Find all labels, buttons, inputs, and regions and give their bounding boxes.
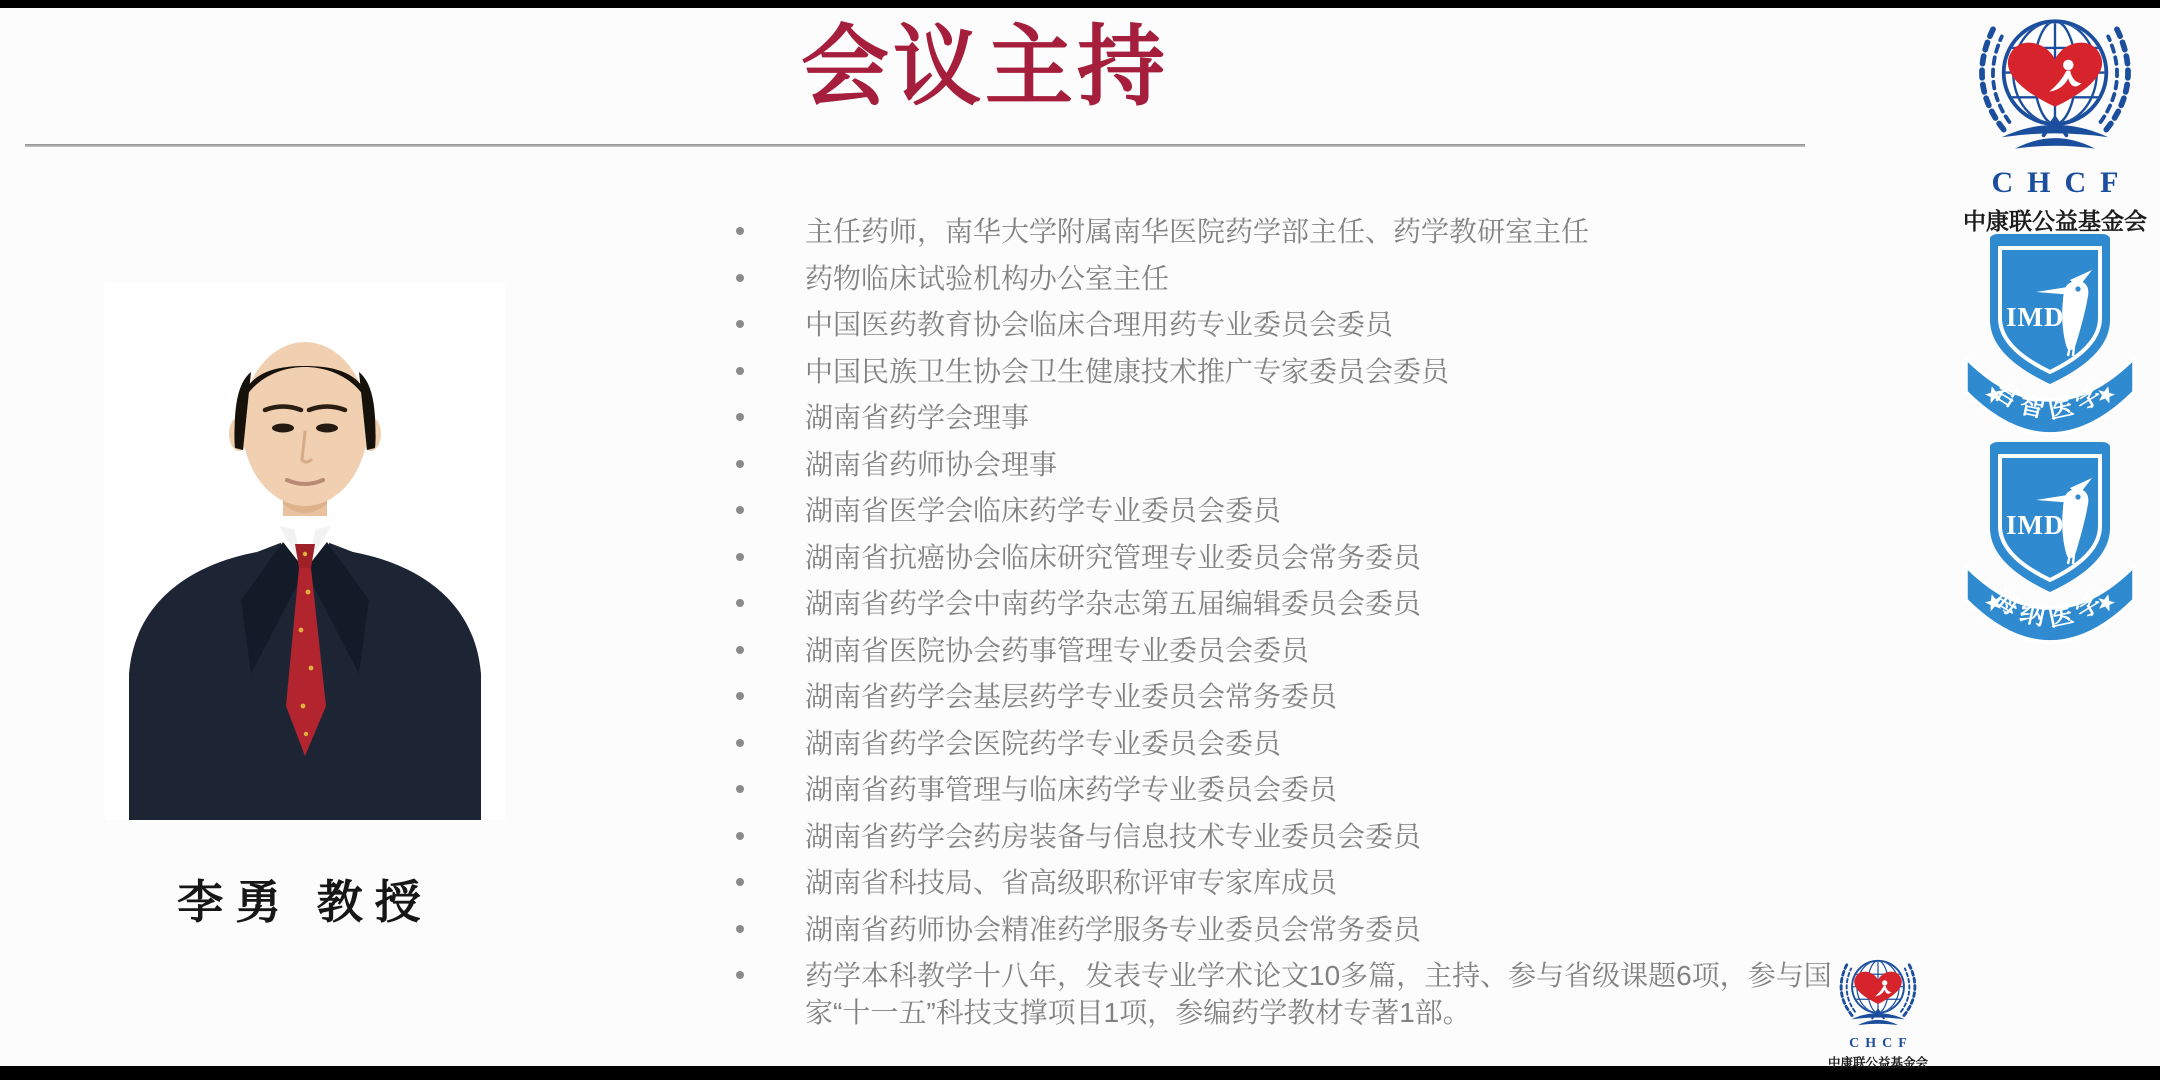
chcf-acronym: CHCF xyxy=(1826,1036,1930,1052)
chcf-globe-heart-icon xyxy=(1960,8,2150,160)
list-item-text: 湖南省药学会医院药学专业委员会委员 xyxy=(805,728,1281,759)
list-item-text: 中国医药教育协会临床合理用药专业委员会委员 xyxy=(805,309,1393,340)
list-item-text: 中国民族卫生协会卫生健康技术推广专家委员会委员 xyxy=(805,356,1449,387)
list-item: 中国医药教育协会临床合理用药专业委员会委员 xyxy=(735,306,1875,343)
list-item-text: 湖南省医学会临床药学专业委员会委员 xyxy=(805,495,1281,526)
list-item-text: 药物临床试验机构办公室主任 xyxy=(805,263,1169,294)
chcf-globe-heart-icon xyxy=(1830,954,1926,1031)
list-item: 湖南省药师协会精准药学服务专业委员会常务委员 xyxy=(735,911,1875,948)
bullet-dot xyxy=(736,739,744,747)
chcf-foundation-logo-small: CHCF 中康联公益基金会 xyxy=(1826,954,1930,1071)
shield-crest-icon: IMD 海纳医学 xyxy=(1962,440,2138,646)
credentials-list: 主任药师，南华大学附属南华医院药学部主任、药学教研室主任 药物临床试验机构办公室… xyxy=(735,213,1875,1041)
bullet-dot xyxy=(736,599,744,607)
list-item: 药学本科教学十八年，发表专业学术论文10多篇，主持、参与省级课题6项，参与国家“… xyxy=(735,957,1875,1031)
bullet-dot xyxy=(736,506,744,514)
page-title: 会议主持 xyxy=(0,16,1970,117)
list-item-text: 湖南省药学会中南药学杂志第五届编辑委员会委员 xyxy=(805,588,1421,619)
bullet-dot xyxy=(736,320,744,328)
list-item: 药物临床试验机构办公室主任 xyxy=(735,260,1875,297)
list-item: 湖南省医院协会药事管理专业委员会委员 xyxy=(735,632,1875,669)
list-item-text: 湖南省药学会药房装备与信息技术专业委员会委员 xyxy=(805,821,1421,852)
bullet-dot xyxy=(736,832,744,840)
bullet-dot xyxy=(736,413,744,421)
list-item-text: 湖南省药学会理事 xyxy=(805,402,1029,433)
list-item-text: 湖南省药学会基层药学专业委员会常务委员 xyxy=(805,681,1337,712)
bullet-dot xyxy=(736,274,744,282)
bullet-dot xyxy=(736,367,744,375)
imd-abbr-text: IMD xyxy=(2006,302,2065,332)
speaker-name: 李勇 教授 xyxy=(105,866,505,932)
imd-shield-badge-haina: IMD 海纳医学 xyxy=(1962,440,2138,651)
list-item: 湖南省药学会医院药学专业委员会委员 xyxy=(735,725,1875,762)
list-item: 湖南省药师协会理事 xyxy=(735,446,1875,483)
chcf-foundation-logo: CHCF 中康联公益基金会 xyxy=(1955,8,2155,236)
bullet-dot xyxy=(736,925,744,933)
list-item-text: 湖南省药师协会精准药学服务专业委员会常务委员 xyxy=(805,914,1421,945)
bullet-dot xyxy=(736,460,744,468)
bullet-dot xyxy=(736,785,744,793)
list-item: 湖南省医学会临床药学专业委员会委员 xyxy=(735,492,1875,529)
bullet-dot xyxy=(736,227,744,235)
list-item: 湖南省药学会理事 xyxy=(735,399,1875,436)
list-item: 湖南省抗癌协会临床研究管理专业委员会常务委员 xyxy=(735,539,1875,576)
bullet-dot xyxy=(736,878,744,886)
list-item-text: 湖南省药师协会理事 xyxy=(805,449,1057,480)
speaker-photo xyxy=(105,282,505,820)
imd-abbr-text: IMD xyxy=(2006,510,2065,540)
list-item: 湖南省科技局、省高级职称评审专家库成员 xyxy=(735,864,1875,901)
bullet-dot xyxy=(736,553,744,561)
slide: 会议主持 xyxy=(0,0,2160,1080)
list-item: 主任药师，南华大学附属南华医院药学部主任、药学教研室主任 xyxy=(735,213,1875,250)
list-item-text: 主任药师，南华大学附属南华医院药学部主任、药学教研室主任 xyxy=(805,216,1589,247)
list-item: 湖南省药学会中南药学杂志第五届编辑委员会委员 xyxy=(735,585,1875,622)
list-item-text: 湖南省科技局、省高级职称评审专家库成员 xyxy=(805,867,1337,898)
chcf-acronym: CHCF xyxy=(1955,166,2155,200)
chcf-foundation-name: 中康联公益基金会 xyxy=(1826,1053,1930,1071)
bullet-dot xyxy=(736,692,744,700)
portrait-illustration xyxy=(105,282,505,820)
list-item: 中国民族卫生协会卫生健康技术推广专家委员会委员 xyxy=(735,353,1875,390)
bullet-dot xyxy=(736,646,744,654)
list-item-text: 湖南省抗癌协会临床研究管理专业委员会常务委员 xyxy=(805,542,1421,573)
bullet-dot xyxy=(736,971,744,979)
letterbox-top xyxy=(0,0,2160,8)
list-item-text: 湖南省药事管理与临床药学专业委员会委员 xyxy=(805,774,1337,805)
list-item: 湖南省药事管理与临床药学专业委员会委员 xyxy=(735,771,1875,808)
imd-shield-badge-junzhi: IMD 君智医学 xyxy=(1962,232,2138,443)
list-item-text: 湖南省医院协会药事管理专业委员会委员 xyxy=(805,635,1309,666)
list-item-text: 药学本科教学十八年，发表专业学术论文10多篇，主持、参与省级课题6项，参与国家“… xyxy=(805,960,1832,1028)
shield-crest-icon: IMD 君智医学 xyxy=(1962,232,2138,438)
list-item: 湖南省药学会基层药学专业委员会常务委员 xyxy=(735,678,1875,715)
title-underline xyxy=(25,144,1805,147)
list-item: 湖南省药学会药房装备与信息技术专业委员会委员 xyxy=(735,818,1875,855)
